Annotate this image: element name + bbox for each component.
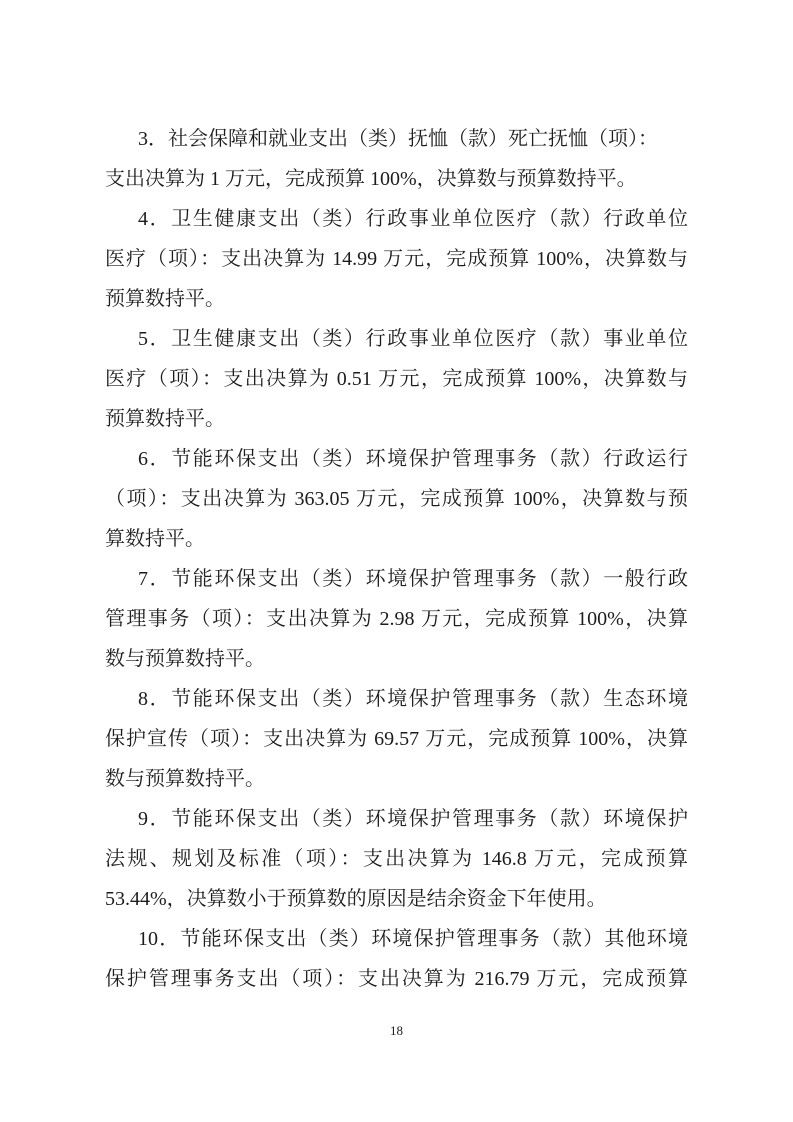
text-line: 法规、规划及标准（项）：支出决算为 146.8 万元，完成预算 <box>105 839 688 879</box>
expense-item-3: 3．社会保障和就业支出（类）抚恤（款）死亡抚恤（项）： 支出决算为 1 万元，完… <box>105 119 688 199</box>
expense-item-5: 5．卫生健康支出（类）行政事业单位医疗（款）事业单位 医疗（项）：支出决算为 0… <box>105 319 688 439</box>
text-line: 预算数持平。 <box>105 399 688 439</box>
text-line: 医疗（项）：支出决算为 14.99 万元，完成预算 100%，决算数与 <box>105 239 688 279</box>
text-line: 保护管理事务支出（项）：支出决算为 216.79 万元，完成预算 <box>105 959 688 999</box>
expense-item-4: 4．卫生健康支出（类）行政事业单位医疗（款）行政单位 医疗（项）：支出决算为 1… <box>105 199 688 319</box>
text-line: 支出决算为 1 万元，完成预算 100%，决算数与预算数持平。 <box>105 159 688 199</box>
expense-item-8: 8．节能环保支出（类）环境保护管理事务（款）生态环境 保护宣传（项）：支出决算为… <box>105 679 688 799</box>
text-line: 4．卫生健康支出（类）行政事业单位医疗（款）行政单位 <box>105 199 688 239</box>
expense-item-9: 9．节能环保支出（类）环境保护管理事务（款）环境保护 法规、规划及标准（项）：支… <box>105 799 688 919</box>
text-line: 医疗（项）：支出决算为 0.51 万元，完成预算 100%，决算数与 <box>105 359 688 399</box>
expense-item-10: 10．节能环保支出（类）环境保护管理事务（款）其他环境 保护管理事务支出（项）：… <box>105 919 688 999</box>
text-line: 9．节能环保支出（类）环境保护管理事务（款）环境保护 <box>105 799 688 839</box>
text-line: 10．节能环保支出（类）环境保护管理事务（款）其他环境 <box>105 919 688 959</box>
text-line: 6．节能环保支出（类）环境保护管理事务（款）行政运行 <box>105 439 688 479</box>
text-line: 3．社会保障和就业支出（类）抚恤（款）死亡抚恤（项）： <box>105 119 688 159</box>
text-line: 预算数持平。 <box>105 279 688 319</box>
text-line: 管理事务（项）：支出决算为 2.98 万元，完成预算 100%，决算 <box>105 599 688 639</box>
text-line: 数与预算数持平。 <box>105 759 688 799</box>
text-line: 7．节能环保支出（类）环境保护管理事务（款）一般行政 <box>105 559 688 599</box>
text-line: 8．节能环保支出（类）环境保护管理事务（款）生态环境 <box>105 679 688 719</box>
text-line: （项）：支出决算为 363.05 万元，完成预算 100%，决算数与预 <box>105 479 688 519</box>
text-line: 数与预算数持平。 <box>105 639 688 679</box>
text-line: 算数持平。 <box>105 519 688 559</box>
expense-item-7: 7．节能环保支出（类）环境保护管理事务（款）一般行政 管理事务（项）：支出决算为… <box>105 559 688 679</box>
document-page: 3．社会保障和就业支出（类）抚恤（款）死亡抚恤（项）： 支出决算为 1 万元，完… <box>0 0 793 1122</box>
expense-item-6: 6．节能环保支出（类）环境保护管理事务（款）行政运行 （项）：支出决算为 363… <box>105 439 688 559</box>
text-line: 保护宣传（项）：支出决算为 69.57 万元，完成预算 100%，决算 <box>105 719 688 759</box>
page-content: 3．社会保障和就业支出（类）抚恤（款）死亡抚恤（项）： 支出决算为 1 万元，完… <box>105 119 688 999</box>
page-number: 18 <box>0 1022 793 1040</box>
text-line: 53.44%，决算数小于预算数的原因是结余资金下年使用。 <box>105 879 688 919</box>
text-line: 5．卫生健康支出（类）行政事业单位医疗（款）事业单位 <box>105 319 688 359</box>
